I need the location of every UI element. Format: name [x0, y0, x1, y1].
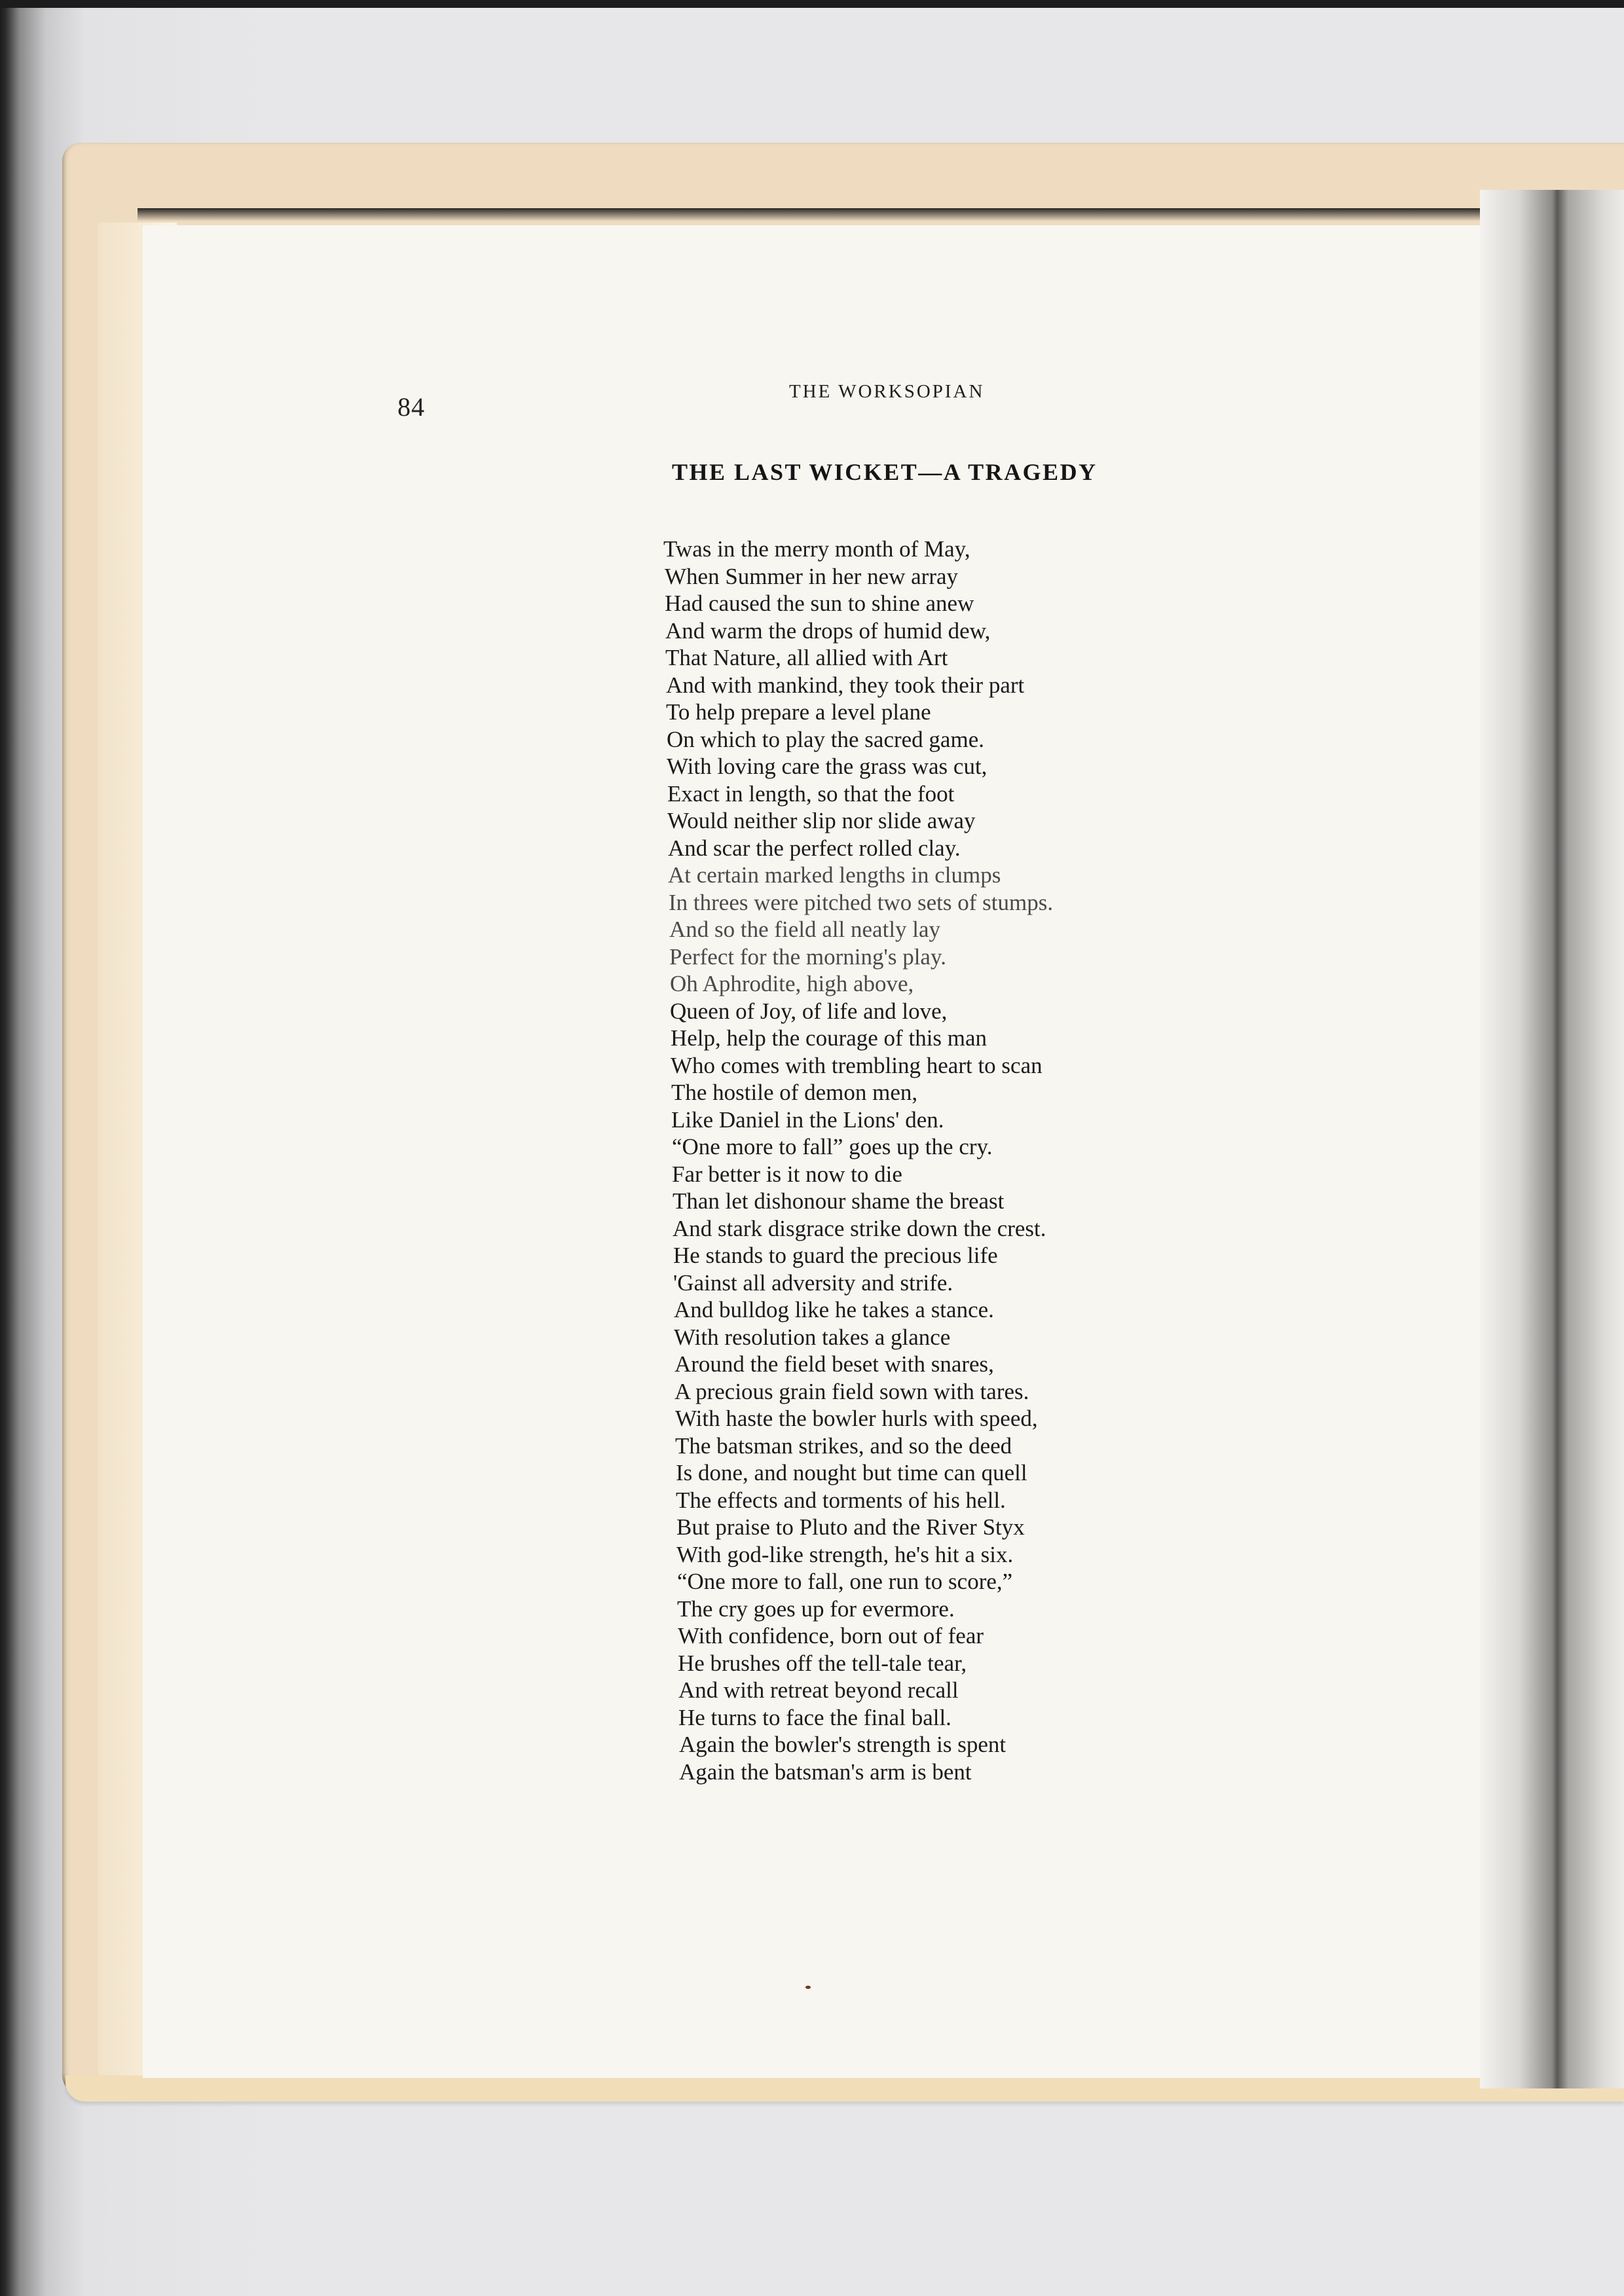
poem-line: Had caused the sun to shine anew [663, 590, 1253, 617]
poem-line: At certain marked lengths in clumps [663, 862, 1253, 889]
poem-line: Queen of Joy, of life and love, [663, 998, 1253, 1025]
poem-line: Like Daniel in the Lions' den. [663, 1106, 1253, 1134]
poem-line: With resolution takes a glance [663, 1324, 1253, 1351]
poem-line: Exact in length, so that the foot [663, 780, 1253, 808]
poem-line: With confidence, born out of fear [663, 1622, 1253, 1650]
poem-line: Who comes with trembling heart to scan [663, 1052, 1253, 1080]
poem-line: Far better is it now to die [663, 1161, 1253, 1188]
poem-line: He stands to guard the precious life [663, 1242, 1253, 1269]
poem-line: That Nature, all allied with Art [663, 644, 1253, 672]
poem-line: The hostile of demon men, [663, 1079, 1253, 1106]
poem-line: And scar the perfect rolled clay. [663, 835, 1253, 862]
poem-line: When Summer in her new array [663, 563, 1253, 591]
running-head: THE WORKSOPIAN [789, 381, 984, 403]
poem-line: Than let dishonour shame the breast [663, 1188, 1253, 1215]
poem-line: Help, help the courage of this man [663, 1025, 1253, 1052]
poem-line: The effects and torments of his hell. [663, 1487, 1253, 1514]
poem-body: Twas in the merry month of May, When Sum… [663, 536, 1253, 1785]
poem-title: THE LAST WICKET—A TRAGEDY [672, 458, 1098, 486]
page-number: 84 [397, 392, 425, 422]
poem-line: Perfect for the morning's play. [663, 943, 1253, 971]
poem-line: A precious grain field sown with tares. [663, 1378, 1253, 1406]
poem-line: The batsman strikes, and so the deed [663, 1432, 1253, 1460]
poem-line: And stark disgrace strike down the crest… [663, 1215, 1253, 1243]
poem-line: 'Gainst all adversity and strife. [663, 1269, 1253, 1297]
poem-line: And with retreat beyond recall [663, 1677, 1253, 1704]
poem-line: Twas in the merry month of May, [663, 536, 1253, 563]
poem-line: Around the field beset with snares, [663, 1351, 1253, 1378]
poem-line: He turns to face the final ball. [663, 1704, 1253, 1732]
poem-line: Again the bowler's strength is spent [663, 1731, 1253, 1758]
cover-shadow [138, 208, 1624, 221]
poem-line: On which to play the sacred game. [663, 726, 1253, 754]
poem-line: But praise to Pluto and the River Styx [663, 1514, 1253, 1541]
poem-line: With god-like strength, he's hit a six. [663, 1541, 1253, 1569]
scanner-edge [0, 0, 1624, 8]
poem-line: With loving care the grass was cut, [663, 753, 1253, 780]
poem-line: The cry goes up for evermore. [663, 1595, 1253, 1623]
poem-line: To help prepare a level plane [663, 699, 1253, 726]
ink-speck [805, 1986, 811, 1989]
poem-line: Again the batsman's arm is bent [663, 1758, 1253, 1786]
poem-line: With haste the bowler hurls with speed, [663, 1405, 1253, 1432]
poem-line: Would neither slip nor slide away [663, 807, 1253, 835]
poem-line: “One more to fall, one run to score,” [663, 1568, 1253, 1595]
poem-line: And with mankind, they took their part [663, 672, 1253, 699]
poem-line: Is done, and nought but time can quell [663, 1459, 1253, 1487]
poem-line: And warm the drops of humid dew, [663, 617, 1253, 645]
poem-line: And so the field all neatly lay [663, 916, 1253, 943]
poem-line: “One more to fall” goes up the cry. [663, 1133, 1253, 1161]
book-gutter [1480, 190, 1624, 2088]
poem-line: And bulldog like he takes a stance. [663, 1296, 1253, 1324]
poem-line: Oh Aphrodite, high above, [663, 970, 1253, 998]
poem-line: In threes were pitched two sets of stump… [663, 889, 1253, 917]
cover-bottom-edge [65, 2075, 1624, 2102]
poem-line: He brushes off the tell-tale tear, [663, 1650, 1253, 1677]
